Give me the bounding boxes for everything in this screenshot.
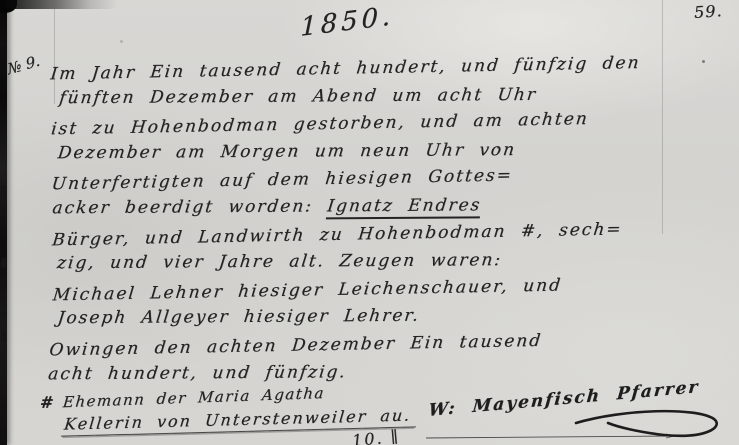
binding-edge-shadow bbox=[0, 0, 7, 445]
record-line-prefix: acker beerdigt worden: bbox=[51, 196, 328, 218]
entry-number: № 9. bbox=[6, 52, 41, 79]
signature-flourish bbox=[418, 399, 730, 445]
page-number: 59. bbox=[693, 1, 723, 22]
deceased-name-underlined: Ignatz Endres bbox=[326, 195, 483, 219]
edge-mark bbox=[1, 330, 6, 342]
record-text: Im Jahr Ein tausend acht hundert, und fü… bbox=[50, 55, 713, 393]
footnote-mark: # bbox=[39, 392, 56, 412]
edge-mark bbox=[1, 185, 6, 199]
year-heading: 1850. bbox=[300, 1, 394, 43]
scanned-register-page: 1850. 59. № 9. Im Jahr Ein tausend acht … bbox=[0, 0, 739, 445]
edge-mark bbox=[1, 258, 6, 268]
ink-speck bbox=[120, 40, 123, 43]
top-edge-smudge bbox=[6, 0, 118, 9]
next-entry-fragment: 10. ∥ bbox=[351, 427, 400, 445]
